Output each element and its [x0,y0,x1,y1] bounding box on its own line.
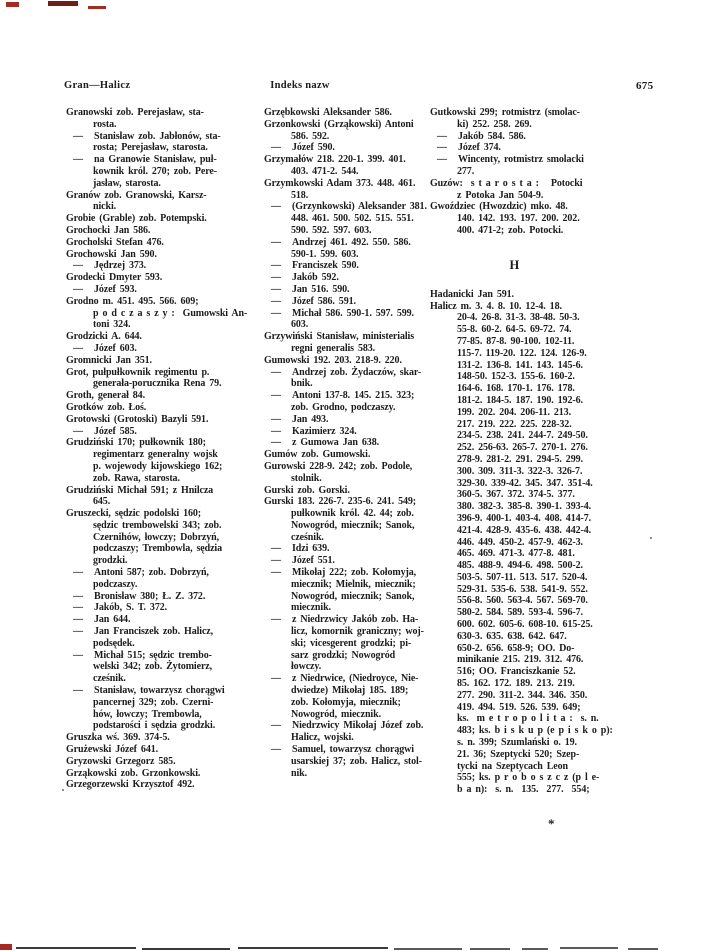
scan-mark [238,947,388,949]
index-line: 555; ks. p r o b o s z c z (p l e- [430,772,600,784]
index-line: —Stanisław, towarzysz chorągwi [66,685,256,697]
entry-dash: — [271,390,292,402]
scan-speck [62,789,64,791]
scan-speck [650,537,652,539]
index-line: cześnik. [264,532,426,544]
entry-dash: — [271,720,292,732]
index-line: —Antoni 137-8. 145. 215. 323; [264,390,426,402]
index-line: Gruszecki, sędzic podolski 160; [66,508,256,520]
index-line: Guzów: s t a r o s t a : Potocki [430,178,600,190]
index-line: grodzki. [66,555,256,567]
entry-dash: — [271,673,292,685]
entry-dash: — [73,591,94,603]
index-line: podstarości i sędzia grodzki. [66,720,256,732]
index-line: —z Niedrzwicy Jakób zob. Ha- [264,614,426,626]
index-line: Nowogród, miecznik; Sanok, [264,520,426,532]
index-line: 400. 471-2; zob. Potocki. [430,225,600,237]
index-line: 277. 290. 311-2. 344. 346. 350. [430,690,600,702]
index-line: Gromnicki Jan 351. [66,355,256,367]
entry-dash: — [73,343,94,355]
index-line: zob. Grodno, podczaszy. [264,402,426,414]
index-line: usarskiej 37; zob. Halicz, stol- [264,756,426,768]
index-line: rosta; Perejasław, starosta. [66,142,256,154]
index-line: Czernihów, łowczy; Dobrzyń, [66,532,256,544]
index-line: 20-4. 26-8. 31-3. 38-48. 50-3. [430,312,600,324]
entry-dash: — [271,296,292,308]
index-line: —Józef 585. [66,426,256,438]
index-line: Grodzicki A. 644. [66,331,256,343]
entry-dash: — [271,284,292,296]
page-number: 675 [636,80,653,92]
index-line: 600. 602. 605-6. 608-10. 615-25. [430,619,600,631]
index-line: Grzymałów 218. 220-1. 399. 401. [264,154,426,166]
scan-mark [628,948,658,950]
scan-mark [88,6,106,9]
index-line: 131-2. 136-8. 141. 143. 145-6. [430,360,600,372]
index-line: —(Grzynkowski) Aleksander 381. [264,201,426,213]
running-head-center: Indeks nazw [0,80,600,91]
index-line: Groth, generał 84. [66,390,256,402]
index-line: 650-2. 656. 658-9; OO. Do- [430,643,600,655]
running-head: Gran—Halicz Indeks nazw 675 [0,80,720,94]
index-line: Gryzowski Grzegorz 585. [66,756,256,768]
index-line: 277. [430,166,600,178]
index-line: podczaszy; Trembowla, sędzia [66,543,256,555]
index-line: ski; vicesgerent grodzki; pi- [264,638,426,650]
index-line: —Wincenty, rotmistrz smolacki [430,154,600,166]
index-line: podsędek. [66,638,256,650]
index-line: 148-50. 152-3. 155-6. 160-2. [430,371,600,383]
index-line: welski 342; zob. Żytomierz, [66,661,256,673]
index-line: —Samuel, towarzysz chorągwi [264,744,426,756]
index-line: —Jakób 592. [264,272,426,284]
index-line: Grudziński 170; pułkownik 180; [66,437,256,449]
index-line: jasław, starosta. [66,178,256,190]
index-line: 252. 256-63. 265-7. 270-1. 276. [430,442,600,454]
entry-dash: — [271,272,292,284]
index-line: —Józef 374. [430,142,600,154]
index-line: 380. 382-3. 385-8. 390-1. 393-4. [430,501,600,513]
index-line: —Józef 590. [264,142,426,154]
index-line: 360-5. 367. 372. 374-5. 377. [430,489,600,501]
index-line: sarz grodzki; Nowogród [264,650,426,662]
index-column-3-top: Gutkowski 299; rotmistrz (smolac-ki) 252… [430,107,600,237]
entry-dash: — [73,626,94,638]
index-line: —z Gumowa Jan 638. [264,437,426,449]
index-line: 590-1. 599. 603. [264,249,426,261]
index-line: Gurowski 228-9. 242; zob. Podole, [264,461,426,473]
index-line: 483; ks. b i s k u p (e p i s k o p): [430,725,600,737]
index-line: Grotków zob. Łoś. [66,402,256,414]
index-line: Hadanicki Jan 591. [430,289,600,301]
entry-dash: — [73,284,94,296]
index-line: 234-5. 238. 241. 244-7. 249-50. [430,430,600,442]
index-line: —Józef 593. [66,284,256,296]
index-line: 278-9. 281-2. 291. 294-5. 299. [430,454,600,466]
entry-dash: — [271,414,292,426]
entry-dash: — [73,131,94,143]
index-line: Nowogród, miecznik. [264,709,426,721]
book-page: Gran—Halicz Indeks nazw 675 Granowski zo… [0,0,720,951]
entry-dash: — [271,201,292,213]
entry-dash: — [437,142,458,154]
index-line: 55-8. 60-2. 64-5. 69-72. 74. [430,324,600,336]
index-line: cześnik. [66,673,256,685]
index-line: zob. Kołomyja, miecznik; [264,697,426,709]
index-line: 603. [264,319,426,331]
index-line: Nowogród, miecznik; Sanok, [264,591,426,603]
index-line: 518. [264,190,426,202]
index-line: Grot, pułpułkownik regimentu p. [66,367,256,379]
index-line: pancernej 329; zob. Czerni- [66,697,256,709]
index-line: dwiedze) Mikołaj 185. 189; [264,685,426,697]
index-line: 85. 162. 172. 189. 213. 219. [430,678,600,690]
entry-dash: — [271,744,292,756]
index-line: z Potoka Jan 504-9. [430,190,600,202]
index-line: Halicz, wojski. [264,732,426,744]
entry-dash: — [271,426,292,438]
index-line: Gumów zob. Gumowski. [264,449,426,461]
index-line: Gruszka wś. 369. 374-5. [66,732,256,744]
index-line: —Jan 516. 590. [264,284,426,296]
index-line: —na Granowie Stanisław, puł- [66,154,256,166]
index-line: 446. 449. 450-2. 457-9. 462-3. [430,537,600,549]
index-line: Halicz m. 3. 4. 8. 10. 12-4. 18. [430,301,600,313]
entry-dash: — [271,308,292,320]
index-line: 580-2. 584. 589. 593-4. 596-7. [430,607,600,619]
scan-mark [6,2,19,7]
entry-dash: — [437,131,458,143]
index-line: Grocholski Stefan 476. [66,237,256,249]
index-line: Grzymkowski Adam 373. 448. 461. [264,178,426,190]
index-line: ks. m e t r o p o l i t a : s. n. [430,713,600,725]
index-line: bnik. [264,378,426,390]
index-line: —Niedrzwicy Mikołaj Józef zob. [264,720,426,732]
index-line: Grzywiński Stanisław, ministerialis [264,331,426,343]
index-line: podczaszy. [66,579,256,591]
scan-mark [470,948,510,950]
index-line: zob. Rawa, starosta. [66,473,256,485]
index-line: —Jędrzej 373. [66,260,256,272]
index-column-1: Granowski zob. Perejasław, sta-rosta.—St… [66,107,256,791]
index-line: —Jakób 584. 586. [430,131,600,143]
scan-mark [0,944,12,950]
index-line: regimentarz generalny wojsk [66,449,256,461]
index-line: miecznik. [264,602,426,614]
index-line: Gurski zob. Gorski. [264,485,426,497]
scan-mark [522,948,548,950]
index-line: 556-8. 560. 563-4. 567. 569-70. [430,595,600,607]
index-line: b a n): s. n. 135. 277. 554; [430,784,600,796]
entry-dash: — [271,142,292,154]
index-line: Gutkowski 299; rotmistrz (smolac- [430,107,600,119]
footnote-asterisk: * [548,818,555,830]
scan-mark [560,947,618,949]
entry-dash: — [271,237,292,249]
index-line: Granów zob. Granowski, Karsz- [66,190,256,202]
index-line: —Józef 603. [66,343,256,355]
index-line: 448. 461. 500. 502. 515. 551. [264,213,426,225]
index-line: 199. 202. 204. 206-11. 213. [430,407,600,419]
index-line: —Józef 586. 591. [264,296,426,308]
index-line: regni generalis 583. [264,343,426,355]
index-line: pułkownik król. 42. 44; zob. [264,508,426,520]
index-line: 403. 471-2. 544. [264,166,426,178]
index-line: —Michał 515; sędzic trembo- [66,650,256,662]
index-line: 421-4. 428-9. 435-6. 438. 442-4. [430,525,600,537]
index-line: Grotowski (Grotoski) Bazyli 591. [66,414,256,426]
index-line: Grodecki Dmyter 593. [66,272,256,284]
index-line: 485. 488-9. 494-6. 498. 500-2. [430,560,600,572]
entry-dash: — [73,685,94,697]
entry-dash: — [271,614,292,626]
index-line: s. n. 399; Szumlański o. 19. [430,737,600,749]
scan-mark [48,1,78,6]
index-column-3: Gutkowski 299; rotmistrz (smolac-ki) 252… [430,107,600,796]
entry-dash: — [73,602,94,614]
index-line: 590. 592. 597. 603. [264,225,426,237]
index-line: —Bronisław 380; Ł. Z. 372. [66,591,256,603]
index-line: łowczy. [264,661,426,673]
entry-dash: — [271,367,292,379]
entry-dash: — [271,567,292,579]
index-line: 329-30. 339-42. 345. 347. 351-4. [430,478,600,490]
index-column-2: Grzębkowski Aleksander 586.Grzonkowski (… [264,107,426,779]
index-line: p o d c z a s z y : Gumowski An- [66,308,256,320]
index-line: —Mikołaj 222; zob. Kołomyja, [264,567,426,579]
index-line: 503-5. 507-11. 513. 517. 520-4. [430,572,600,584]
entry-dash: — [73,426,94,438]
index-line: —Andrzej zob. Żydaczów, skar- [264,367,426,379]
index-line: 630-3. 635. 638. 642. 647. [430,631,600,643]
index-line: 21. 36; Szeptycki 520; Szep- [430,749,600,761]
index-line: 419. 494. 519. 526. 539. 649; [430,702,600,714]
index-line: —Józef 551. [264,555,426,567]
index-line: toni 324. [66,319,256,331]
index-line: —Jakób, S. T. 372. [66,602,256,614]
index-line: nicki. [66,201,256,213]
index-line: —Andrzej 461. 492. 550. 586. [264,237,426,249]
index-line: minikanie 215. 219. 312. 476. [430,654,600,666]
index-line: sędzic trembowelski 343; zob. [66,520,256,532]
index-line: Grząkowski zob. Grzonkowski. [66,768,256,780]
index-line: —Michał 586. 590-1. 597. 599. [264,308,426,320]
entry-dash: — [437,154,458,166]
index-line: Grużewski Józef 641. [66,744,256,756]
index-line: —Jan Franciszek zob. Halicz, [66,626,256,638]
index-line: licz, komornik graniczny; woj- [264,626,426,638]
index-line: Gurski 183. 226-7. 235-6. 241. 549; [264,496,426,508]
index-line: 465. 469. 471-3. 477-8. 481. [430,548,600,560]
index-line: tycki na Szeptycach Leon [430,761,600,773]
index-line: kownik król. 270; zob. Pere- [66,166,256,178]
index-line: 300. 309. 311-3. 322-3. 326-7. [430,466,600,478]
entry-dash: — [271,543,292,555]
index-line: stolnik. [264,473,426,485]
entry-dash: — [271,437,292,449]
entry-dash: — [73,260,94,272]
index-line: 586. 592. [264,131,426,143]
index-line: —Antoni 587; zob. Dobrzyń, [66,567,256,579]
index-line: 516; OO. Franciszkanie 52. [430,666,600,678]
index-line: generała-porucznika Rena 79. [66,378,256,390]
index-line: Grzegorzewski Krzysztof 492. [66,779,256,791]
index-line: 115-7. 119-20. 122. 124. 126-9. [430,348,600,360]
index-line: —Jan 644. [66,614,256,626]
scan-mark [16,947,136,949]
index-line: —z Niedrwice, (Niedroyce, Nie- [264,673,426,685]
index-line: Grodno m. 451. 495. 566. 609; [66,296,256,308]
index-line: —Franciszek 590. [264,260,426,272]
index-line: Grzonkowski (Grząkowski) Antoni [264,119,426,131]
index-line: Grobie (Grable) zob. Potempski. [66,213,256,225]
index-line: —Kazimierz 324. [264,426,426,438]
index-line: 529-31. 535-6. 538. 541-9. 552. [430,584,600,596]
entry-dash: — [73,567,94,579]
entry-dash: — [73,650,94,662]
index-line: Grochocki Jan 586. [66,225,256,237]
index-line: Grzębkowski Aleksander 586. [264,107,426,119]
entry-dash: — [271,555,292,567]
index-line: rosta. [66,119,256,131]
index-line: 164-6. 168. 170-1. 176. 178. [430,383,600,395]
index-line: p. wojewody kijowskiego 162; [66,461,256,473]
index-line: 140. 142. 193. 197. 200. 202. [430,213,600,225]
entry-dash: — [271,260,292,272]
scan-mark [394,948,462,950]
index-line: hów, łowczy; Trembowla, [66,709,256,721]
entry-dash: — [73,154,94,166]
index-line: 396-9. 400-1. 403-4. 408. 414-7. [430,513,600,525]
index-line: 645. [66,496,256,508]
index-line: Gumowski 192. 203. 218-9. 220. [264,355,426,367]
index-line: miecznik; Mielnik, miecznik; [264,579,426,591]
entry-dash: — [73,614,94,626]
index-line: 181-2. 184-5. 187. 190. 192-6. [430,395,600,407]
index-line: Grochowski Jan 590. [66,249,256,261]
index-line: —Idzi 639. [264,543,426,555]
index-line: —Jan 493. [264,414,426,426]
index-line: nik. [264,768,426,780]
index-line: 77-85. 87-8. 90-100. 102-11. [430,336,600,348]
index-column-3-bottom: Hadanicki Jan 591.Halicz m. 3. 4. 8. 10.… [430,289,600,796]
section-header-H: H [430,257,600,273]
index-line: —Stanisław zob. Jabłonów, sta- [66,131,256,143]
index-line: ki) 252. 258. 269. [430,119,600,131]
index-line: Granowski zob. Perejasław, sta- [66,107,256,119]
index-line: Grudziński Michał 591; z Hnilcza [66,485,256,497]
index-line: Gwoździec (Hwozdzic) mko. 48. [430,201,600,213]
scan-mark [142,948,230,950]
index-line: 217. 219. 222. 225. 228-32. [430,419,600,431]
